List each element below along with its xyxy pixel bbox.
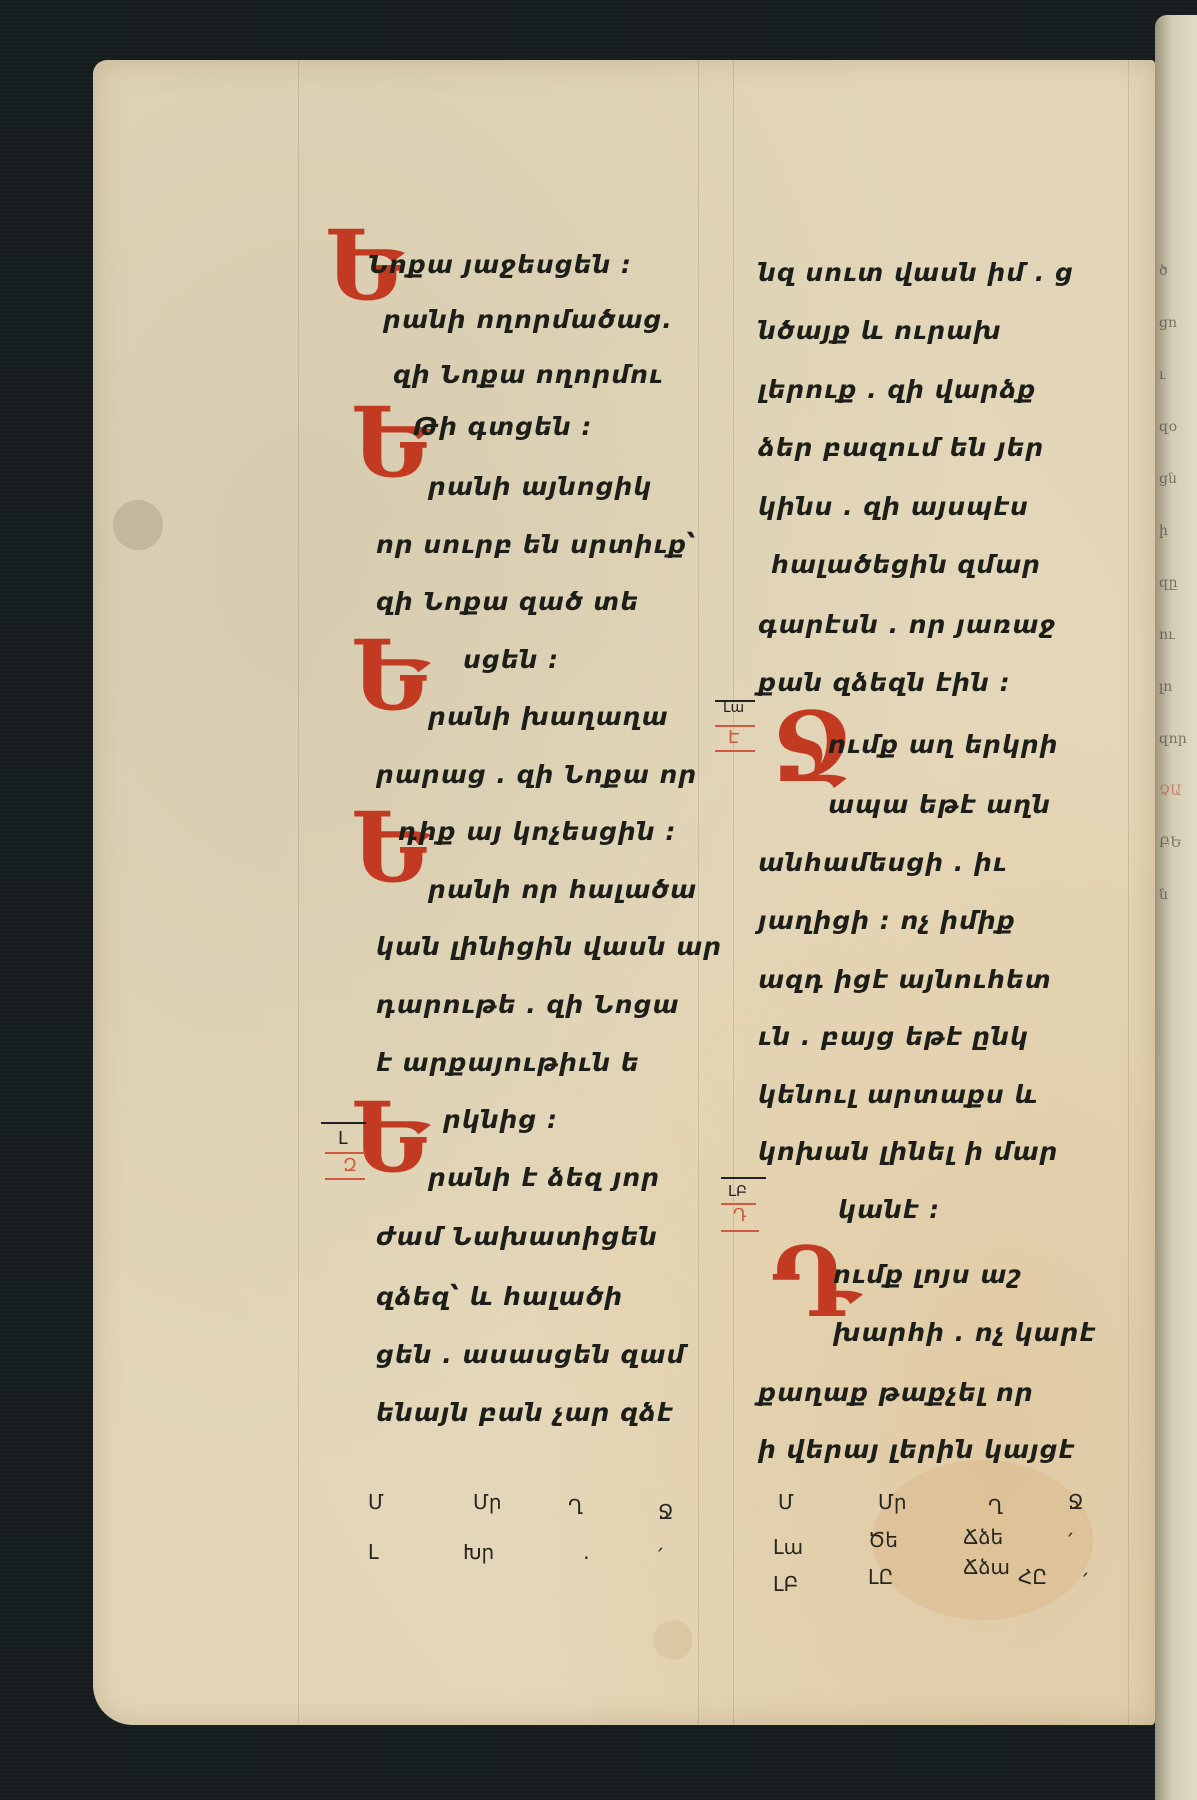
- text-line: րանի ողորմածաց.: [383, 305, 673, 355]
- text-line: ի վերայ լերին կայցէ: [758, 1435, 1075, 1485]
- ruling-line: [733, 60, 734, 1725]
- canon-ref: Ղ: [568, 1495, 583, 1519]
- margin-rule: [721, 1230, 759, 1232]
- ruling-line: [1128, 60, 1129, 1725]
- text-line: րկնից ։: [443, 1105, 558, 1155]
- facing-page-edge: ծ ցո ւ զօ ցն ի զը ու լո զոր ՉԱ ԲԵ ն: [1155, 15, 1197, 1800]
- canon-ref: ․: [583, 1540, 590, 1564]
- canon-ref: Ծե: [868, 1528, 898, 1552]
- text-line: կինս ․ զի այսպէս: [758, 492, 1029, 542]
- canon-number-red: Զ: [343, 1155, 357, 1176]
- text-line: ձեր բազում են յեր: [758, 433, 1044, 483]
- text-line: անհամեսցի ․ իւ: [758, 848, 1007, 898]
- canon-ref: ՛: [1068, 1530, 1073, 1554]
- ruling-line: [698, 60, 699, 1725]
- text-line: ումք աղ երկրի: [828, 730, 1059, 780]
- canon-ref: Լա: [773, 1535, 803, 1559]
- text-line: սցեն ։: [463, 645, 559, 695]
- manuscript-page: Ե Նոքա յաջեսցեն ։ րանի ողորմածաց. զի Նոք…: [93, 60, 1155, 1725]
- text-line: զձեզ՝ և հալածի: [376, 1282, 623, 1332]
- text-line: ապա եթէ աղն: [828, 790, 1051, 840]
- section-number-black: Լա: [723, 700, 744, 716]
- text-line: քաղաք թաքչել որ: [758, 1378, 1034, 1428]
- text-line: րանի է ձեզ յոր: [428, 1163, 660, 1213]
- text-line: յաղիցի ։ ոչ իմիք: [758, 906, 1016, 956]
- text-line: դարութե ․ զի Նոցա: [376, 990, 680, 1040]
- margin-rule: [721, 1177, 766, 1179]
- stain: [653, 1620, 693, 1660]
- text-line: րանի այնոցիկ: [428, 472, 652, 522]
- canon-ref: Խր: [463, 1540, 494, 1564]
- canon-ref: Ղ: [988, 1495, 1003, 1519]
- text-line: հալածեցին զմար: [771, 550, 1041, 600]
- text-line: նծայք և ուրախ: [758, 316, 1002, 366]
- text-line: ժամ Նախատիցեն: [376, 1222, 658, 1272]
- canon-ref: ԼԸ: [868, 1565, 893, 1589]
- canon-ref: ՛: [658, 1545, 663, 1569]
- text-line: ումք լոյս աշ: [833, 1260, 1022, 1310]
- text-line: նզ սուտ վասն իմ ․ ց: [758, 258, 1074, 308]
- margin-rule: [715, 750, 755, 752]
- text-line: Թի գտցեն ։: [413, 412, 592, 462]
- text-line: կենուլ արտաքս և: [758, 1080, 1038, 1130]
- text-line: րանի խաղաղա: [428, 702, 669, 752]
- text-line: Նոքա յաջեսցեն ։: [368, 250, 632, 300]
- margin-rule: [325, 1152, 365, 1154]
- canon-ref: Լ: [368, 1540, 379, 1564]
- section-number-black: Լ: [338, 1128, 348, 1149]
- text-line: դիք այ կոչեսցին ։: [398, 817, 676, 867]
- text-line: րանի որ հալածա: [428, 875, 697, 925]
- canon-ref: Ճձե: [963, 1525, 1003, 1549]
- section-number-black: ԼԲ: [728, 1182, 747, 1200]
- canon-ref: Ճձա: [963, 1555, 1010, 1579]
- canon-ref: Մր: [878, 1490, 907, 1514]
- red-initial: Ե: [351, 1090, 430, 1186]
- stain: [113, 500, 163, 550]
- text-line: գարէսն ․ որ յառաջ: [758, 610, 1056, 660]
- canon-number-red: Դ: [733, 1205, 747, 1226]
- text-line: որ սուրբ են սրտիւք՝: [376, 530, 697, 580]
- text-line: կոխան լինել ի մար: [758, 1137, 1058, 1187]
- facing-page-text: ծ ցո ւ զօ ցն ի զը ու լո զոր ՉԱ ԲԵ ն: [1159, 15, 1197, 1800]
- canon-ref: Ջ: [1068, 1490, 1083, 1514]
- text-line: ենայն բան չար զձէ: [376, 1398, 673, 1448]
- canon-ref: Ջ: [658, 1500, 673, 1524]
- text-line: կան լինիցին վասն ար: [376, 932, 722, 982]
- ruling-line: [298, 60, 299, 1725]
- text-line: ւն ․ բայց եթէ ընկ: [758, 1022, 1029, 1072]
- margin-rule: [325, 1178, 365, 1180]
- text-line: ազդ իցէ այնուհետ: [758, 965, 1052, 1015]
- canon-ref: Մ: [778, 1490, 794, 1514]
- margin-rule: [321, 1122, 366, 1124]
- canon-ref: Մր: [473, 1490, 502, 1514]
- text-line: լերուք ․ զի վարձք: [758, 375, 1036, 425]
- canon-number-red: Է: [728, 727, 740, 748]
- canon-ref: ՛: [1083, 1570, 1088, 1594]
- canon-ref: Մ: [368, 1490, 384, 1514]
- text-line: զի Նոքա ողորմու: [393, 360, 663, 410]
- canon-ref: ԼԲ: [773, 1572, 798, 1596]
- text-line: ցեն ․ ասասցեն զամ: [376, 1340, 685, 1390]
- text-line: խարհի ․ ոչ կարէ: [833, 1318, 1096, 1368]
- red-initial: Ե: [351, 628, 430, 724]
- canon-ref: ՀԸ: [1018, 1565, 1047, 1589]
